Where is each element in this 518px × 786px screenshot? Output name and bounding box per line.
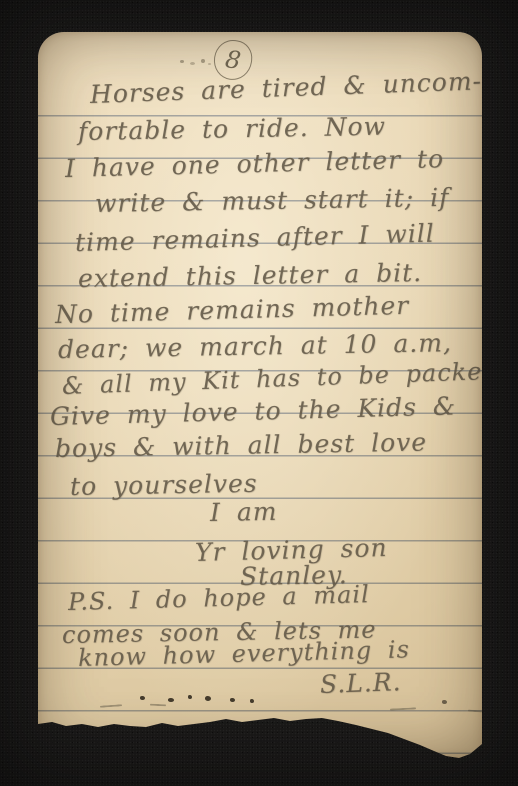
letter-line: write & must start it; if (95, 183, 450, 218)
smudge-mark (208, 63, 211, 65)
page-number: 8 (223, 45, 242, 75)
paper-hole (442, 700, 447, 704)
letter-line: Horses are tired & uncom- (89, 66, 482, 109)
paper-hole (140, 696, 145, 700)
paper-hole (168, 698, 174, 702)
letter-page: 8 Horses are tired & uncom- fortable to … (38, 32, 482, 758)
paper-hole (188, 695, 192, 699)
smudge-mark (190, 62, 195, 65)
letter-line: fortable to ride. Now (78, 112, 386, 146)
letter-line: extend this letter a bit. (78, 258, 423, 293)
paper-hole (230, 698, 235, 702)
letter-line: to yourselves (70, 469, 258, 501)
scan-background: 8 Horses are tired & uncom- fortable to … (0, 0, 518, 786)
closing-line: I am (210, 497, 278, 527)
smudge-mark (201, 59, 205, 63)
smudge-mark (180, 60, 184, 63)
signature-initials: S.L.R. (319, 667, 401, 699)
paper-hole (205, 696, 211, 701)
paper-hole (250, 699, 254, 703)
